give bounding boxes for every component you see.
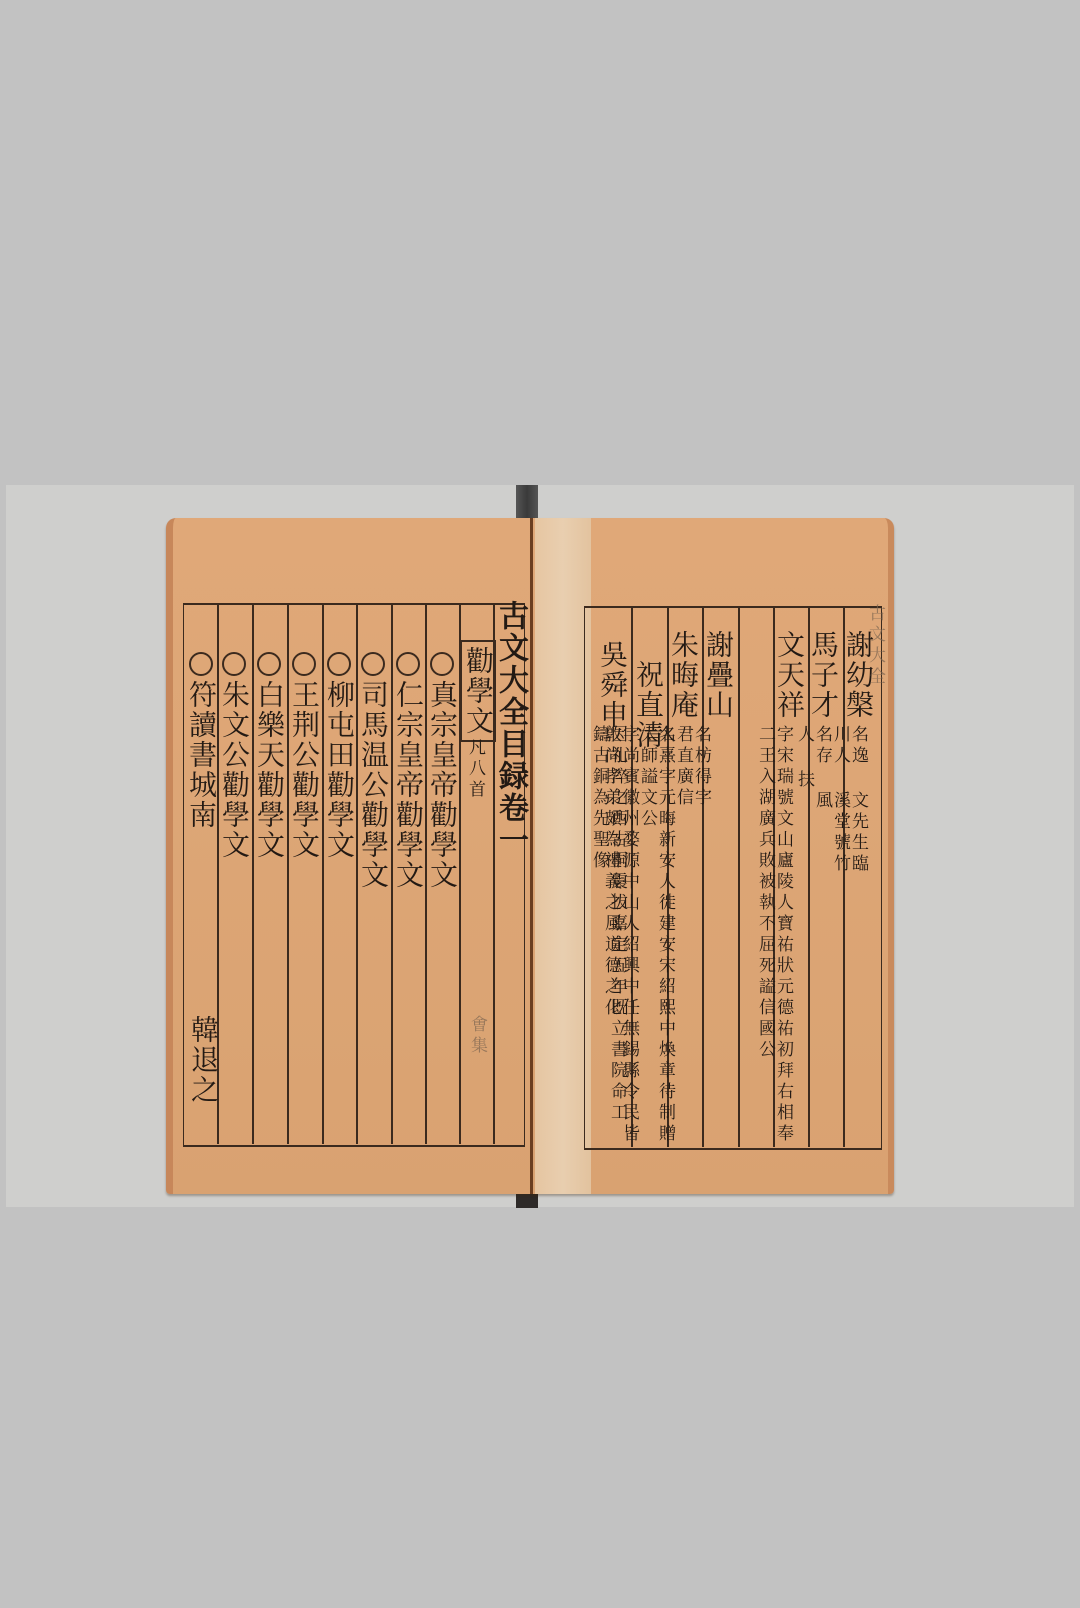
author-note: 名逸 文先生臨川人 溪堂號竹: [827, 725, 867, 895]
author-name: 馬子才: [808, 630, 838, 720]
repaired-paper-strip: [535, 518, 591, 1194]
toc-entry: 王荆公勸學文: [289, 652, 319, 860]
author-name: 謝疊山: [703, 630, 733, 720]
author-note: 名枋得字君直廣信人: [670, 725, 710, 825]
author-name: 吳舜申: [597, 640, 627, 730]
toc-entry: 司馬温公勸學文: [358, 652, 388, 890]
author-note: 韓退之: [188, 1015, 218, 1105]
circle-mark-icon: [327, 652, 351, 676]
author-note: 名存 風人 扶: [793, 725, 831, 815]
toc-entry: 符讀書城南: [186, 652, 216, 830]
toc-entry: 仁宗皇帝勸學文: [393, 652, 423, 890]
author-note: 字宋瑞號文山廬陵人寶祐狀元德祐初拜右相奉二王入湖廣兵敗被執不屈死謚信國公: [738, 725, 792, 1145]
circle-mark-icon: [257, 652, 281, 676]
circle-mark-icon: [396, 652, 420, 676]
section-count: 凡八首: [466, 738, 484, 801]
author-note: 名熹字元晦新安人徙建安宋紹熙中煥章待制贈太師謚文公: [634, 725, 674, 1145]
author-note: 因礼淬之西古桐震拔嘉定五年既立書院命工鑄古銅為先聖像: [586, 725, 626, 1125]
circle-mark-icon: [222, 652, 246, 676]
margin-mark: 古文大全: [866, 604, 884, 688]
toc-entry: 真宗皇帝勸學文: [427, 652, 457, 890]
book-title: 古文大全目録卷一: [494, 600, 526, 856]
circle-mark-icon: [430, 652, 454, 676]
toc-entry: 柳屯田勸學文: [324, 652, 354, 860]
stamp-note: 㑹集: [468, 1015, 486, 1057]
circle-mark-icon: [292, 652, 316, 676]
author-name: 朱晦庵: [668, 630, 698, 720]
circle-mark-icon: [189, 652, 213, 676]
section-label: 勸學文: [460, 640, 496, 742]
book-spine-top: [516, 485, 538, 520]
author-name: 文天祥: [774, 630, 804, 720]
toc-entry: 朱文公勸學文: [219, 652, 249, 860]
toc-entry: 白樂天勸學文: [254, 652, 284, 860]
circle-mark-icon: [361, 652, 385, 676]
book-gutter: [530, 518, 533, 1194]
